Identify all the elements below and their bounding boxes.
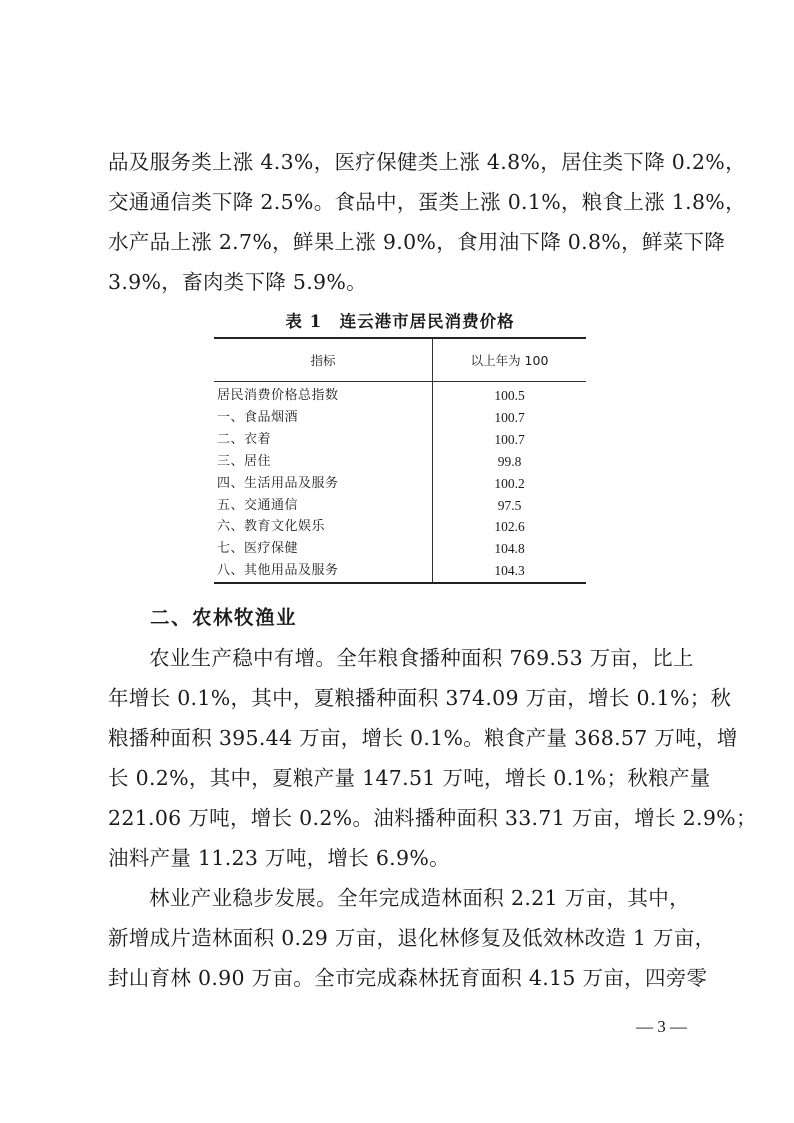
cpi-table: 指标 以上年为 100 居民消费价格总指数 100.5 一、食品烟酒 100.7…	[214, 337, 586, 584]
text-line: 农业生产稳中有增。全年粮食播种面积 769.53 万亩，比上	[108, 638, 690, 678]
text-line: 交通通信类下降 2.5%。食品中，蛋类上涨 0.1%，粮食上涨 1.8%，	[108, 182, 690, 222]
row-value: 102.6	[433, 516, 587, 538]
row-value: 100.5	[433, 382, 587, 407]
row-value: 100.7	[433, 407, 587, 429]
table-row: 七、医疗保健 104.8	[214, 538, 586, 560]
row-label: 居民消费价格总指数	[214, 382, 433, 407]
row-label: 七、医疗保健	[214, 538, 433, 560]
row-value: 97.5	[433, 495, 587, 517]
column-header-indicator: 指标	[214, 338, 433, 382]
text-line: 年增长 0.1%，其中，夏粮播种面积 374.09 万亩，增长 0.1%；秋	[108, 678, 690, 718]
section-heading: 二、农林牧渔业	[150, 602, 297, 630]
text-line: 221.06 万吨，增长 0.2%。油料播种面积 33.71 万亩，增长 2.9…	[108, 798, 690, 838]
text-line: 粮播种面积 395.44 万亩，增长 0.1%。粮食产量 368.57 万吨，增	[108, 718, 690, 758]
row-label: 八、其他用品及服务	[214, 560, 433, 583]
table-row: 五、交通通信 97.5	[214, 495, 586, 517]
text-line: 水产品上涨 2.7%，鲜果上涨 9.0%，食用油下降 0.8%，鲜菜下降	[108, 222, 690, 262]
table-row: 一、食品烟酒 100.7	[214, 407, 586, 429]
row-value: 104.8	[433, 538, 587, 560]
intro-paragraph: 品及服务类上涨 4.3%，医疗保健类上涨 4.8%，居住类下降 0.2%， 交通…	[108, 142, 690, 302]
column-header-index: 以上年为 100	[433, 338, 587, 382]
row-value: 100.2	[433, 473, 587, 495]
row-label: 四、生活用品及服务	[214, 473, 433, 495]
forestry-paragraph: 林业产业稳步发展。全年完成造林面积 2.21 万亩，其中， 新增成片造林面积 0…	[108, 878, 690, 998]
page-number: — 3 —	[636, 1017, 687, 1037]
row-label: 六、教育文化娱乐	[214, 516, 433, 538]
row-value: 99.8	[433, 451, 587, 473]
row-label: 五、交通通信	[214, 495, 433, 517]
row-label: 一、食品烟酒	[214, 407, 433, 429]
table-row: 八、其他用品及服务 104.3	[214, 560, 586, 583]
table-row: 四、生活用品及服务 100.2	[214, 473, 586, 495]
table-row: 居民消费价格总指数 100.5	[214, 382, 586, 407]
text-line: 林业产业稳步发展。全年完成造林面积 2.21 万亩，其中，	[108, 878, 690, 918]
text-line: 品及服务类上涨 4.3%，医疗保健类上涨 4.8%，居住类下降 0.2%，	[108, 142, 690, 182]
row-label: 三、居住	[214, 451, 433, 473]
text-line: 长 0.2%，其中，夏粮产量 147.51 万吨，增长 0.1%；秋粮产量	[108, 758, 690, 798]
table-row: 六、教育文化娱乐 102.6	[214, 516, 586, 538]
table-row: 二、衣着 100.7	[214, 429, 586, 451]
row-label: 二、衣着	[214, 429, 433, 451]
text-line: 新增成片造林面积 0.29 万亩，退化林修复及低效林改造 1 万亩，	[108, 918, 690, 958]
agriculture-paragraph: 农业生产稳中有增。全年粮食播种面积 769.53 万亩，比上 年增长 0.1%，…	[108, 638, 690, 878]
table-header-row: 指标 以上年为 100	[214, 338, 586, 382]
text-line: 3.9%，畜肉类下降 5.9%。	[108, 262, 690, 302]
row-value: 100.7	[433, 429, 587, 451]
row-value: 104.3	[433, 560, 587, 583]
text-line: 封山育林 0.90 万亩。全市完成森林抚育面积 4.15 万亩，四旁零	[108, 958, 690, 998]
text-line: 油料产量 11.23 万吨，增长 6.9%。	[108, 838, 690, 878]
table-row: 三、居住 99.8	[214, 451, 586, 473]
table-title: 表 1 连云港市居民消费价格	[214, 308, 586, 332]
